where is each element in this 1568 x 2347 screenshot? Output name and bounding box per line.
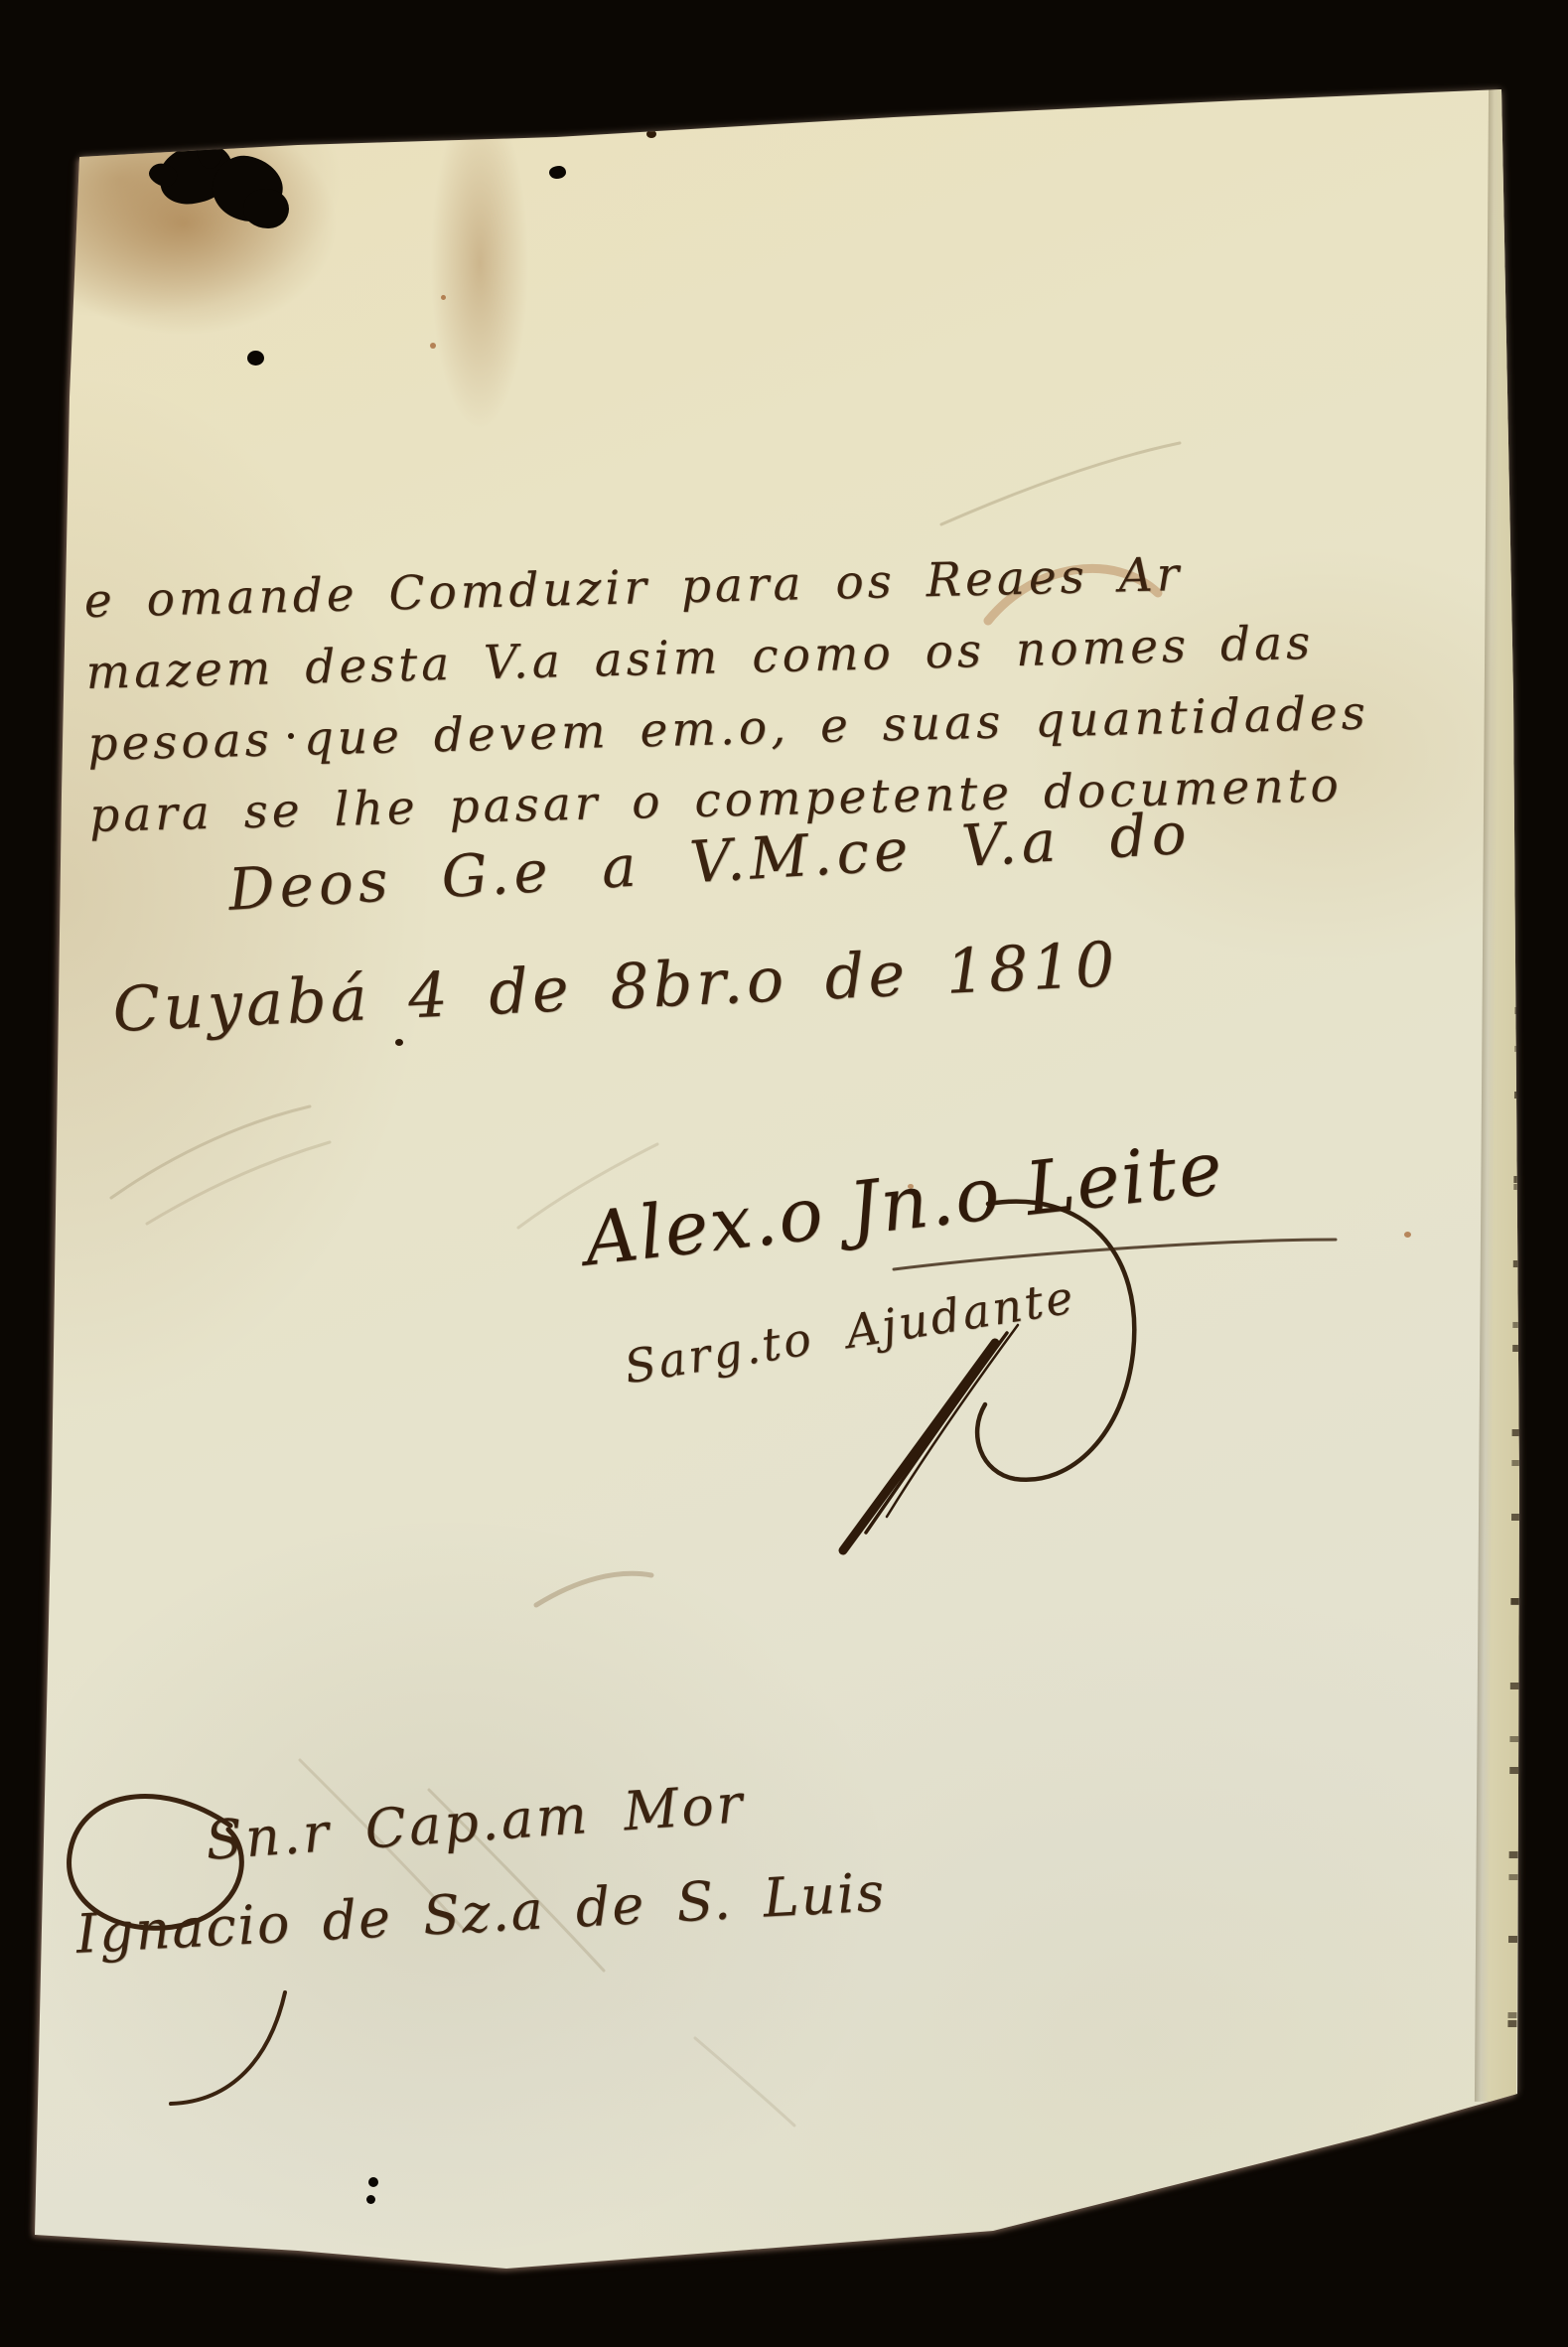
fore-edge-deckle-marks <box>1507 85 1530 2102</box>
faint-scratch <box>695 2038 794 2126</box>
faint-scratch <box>111 1106 310 1198</box>
photographed-manuscript-scene: e omande Comduzir para os Reaes Ar mazem… <box>0 0 1568 2347</box>
signature-name: Alex.o Jn.o Leite <box>580 1125 1228 1283</box>
signature-quill-stroke <box>843 1343 995 1550</box>
ink-blot <box>395 1039 403 1046</box>
rust-speck <box>1404 1232 1411 1238</box>
worm-hole <box>197 131 222 169</box>
faint-scratch <box>147 1142 330 1224</box>
addressee-name-line: Ignacio de Sz.a de S. Luis <box>74 1860 888 1966</box>
addressee-title-line: Sn.r Cap.am Mor <box>204 1772 747 1872</box>
signature-quill-stroke <box>887 1325 1018 1517</box>
pin-hole <box>366 2195 375 2204</box>
rust-speck <box>441 295 446 300</box>
worm-hole <box>243 189 289 228</box>
pin-hole <box>368 2177 378 2187</box>
signature-paraph-loop <box>977 1202 1134 1480</box>
place-date-line: Cuyabá 4 de 8br.o de 1810 <box>111 928 1120 1046</box>
ink-blot <box>646 130 656 138</box>
book-fore-edge <box>1475 85 1530 2102</box>
paper-shadow-wrap: e omande Comduzir para os Reaes Ar mazem… <box>0 0 1568 2347</box>
ink-smudge <box>536 1573 651 1605</box>
rust-speck <box>430 343 436 349</box>
pin-hole <box>549 166 566 179</box>
signature-quill-stroke <box>866 1333 1007 1533</box>
manuscript-page: e omande Comduzir para os Reaes Ar mazem… <box>0 0 1568 2347</box>
addressee-descender-flourish <box>171 1992 285 2104</box>
signature-title: Sarg.to Ajudante <box>621 1269 1079 1394</box>
faint-scratch <box>941 443 1180 524</box>
signature-cross-stroke <box>894 1240 1336 1269</box>
pin-hole <box>247 351 264 366</box>
